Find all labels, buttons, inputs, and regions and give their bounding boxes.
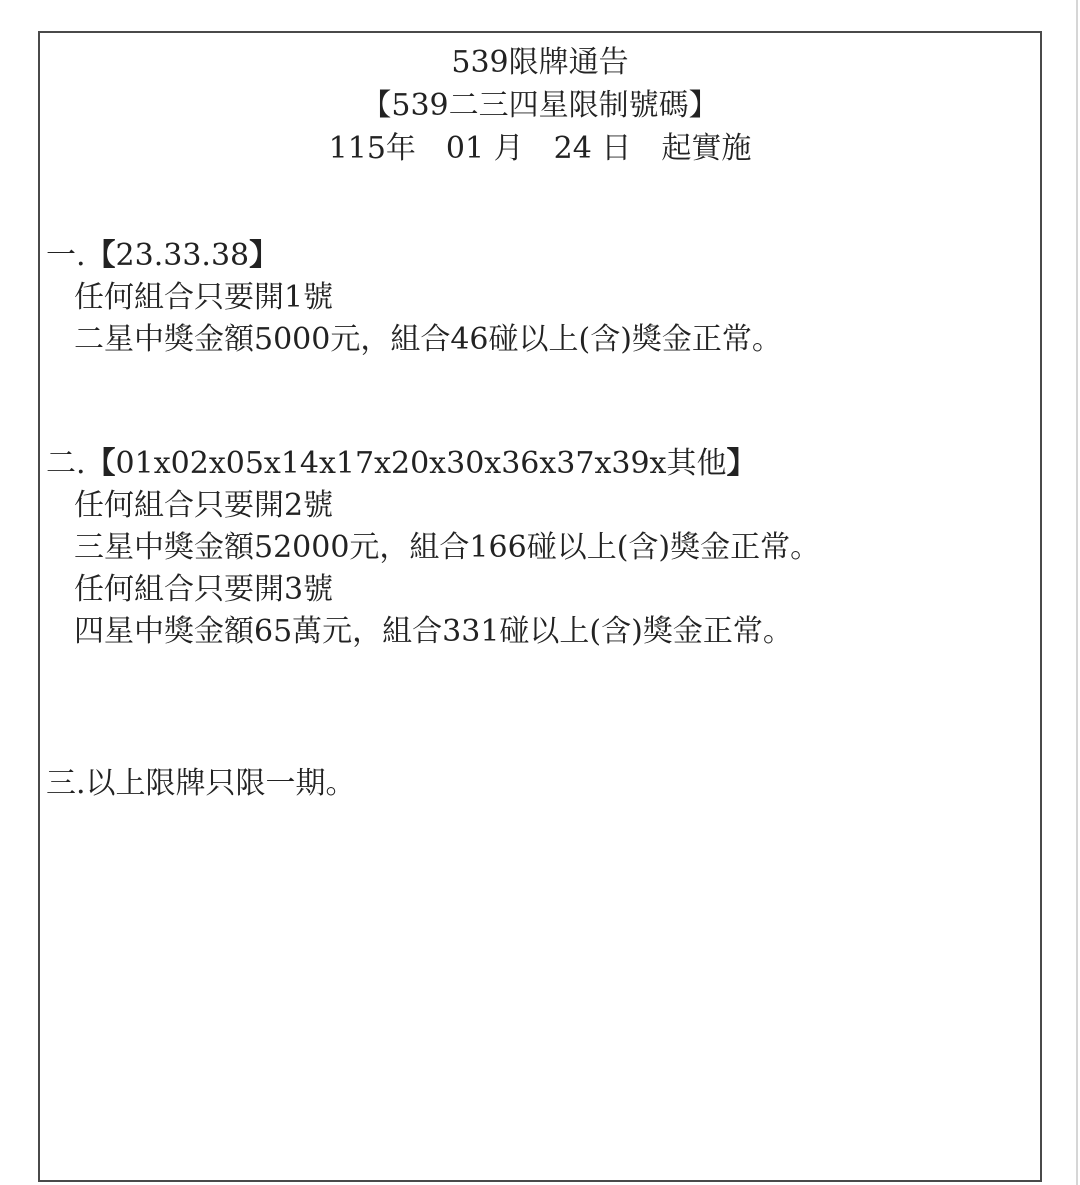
bracket-close: 】 bbox=[249, 238, 279, 273]
section-1-heading: 一.【23.33.38】 bbox=[46, 235, 1030, 277]
section-1: 一.【23.33.38】 任何組合只要開1號 二星中獎金額5000元，組合46碰… bbox=[46, 235, 1030, 361]
section-2-heading: 二.【01x02x05x14x17x20x30x36x37x39x其他】 bbox=[46, 443, 1030, 485]
section-1-payout-rule: 二星中獎金額5000元，組合46碰以上(含)獎金正常。 bbox=[46, 319, 1030, 361]
effective-date: 115年 01 月 24 日 起實施 bbox=[40, 127, 1040, 170]
section-2-payout-rule-3star: 三星中獎金額52000元，組合166碰以上(含)獎金正常。 bbox=[46, 527, 1030, 569]
section-1-numbers: 23.33.38 bbox=[116, 238, 250, 273]
bracket-open: 【 bbox=[86, 446, 116, 481]
section-2-condition-3: 任何組合只要開3號 bbox=[46, 569, 1030, 611]
notice-subtitle: 【539二三四星限制號碼】 bbox=[40, 84, 1040, 127]
page-edge-divider bbox=[1076, 0, 1078, 1185]
section-2: 二.【01x02x05x14x17x20x30x36x37x39x其他】 任何組… bbox=[46, 443, 1030, 653]
bracket-open: 【 bbox=[86, 238, 116, 273]
section-2-numbers: 01x02x05x14x17x20x30x36x37x39x其他 bbox=[116, 446, 727, 481]
section-1-prefix: 一. bbox=[46, 238, 86, 273]
section-2-payout-rule-4star: 四星中獎金額65萬元，組合331碰以上(含)獎金正常。 bbox=[46, 611, 1030, 653]
section-3-heading: 三.以上限牌只限一期。 bbox=[46, 763, 1030, 805]
section-3-text: 以上限牌只限一期。 bbox=[86, 766, 356, 801]
section-3-prefix: 三. bbox=[46, 766, 86, 801]
section-2-prefix: 二. bbox=[46, 446, 86, 481]
notice-document: 539限牌通告 【539二三四星限制號碼】 115年 01 月 24 日 起實施… bbox=[38, 31, 1042, 1182]
section-3: 三.以上限牌只限一期。 bbox=[46, 763, 1030, 805]
section-2-condition-2: 任何組合只要開2號 bbox=[46, 485, 1030, 527]
notice-title: 539限牌通告 bbox=[40, 41, 1040, 84]
bracket-close: 】 bbox=[726, 446, 756, 481]
notice-header: 539限牌通告 【539二三四星限制號碼】 115年 01 月 24 日 起實施 bbox=[40, 41, 1040, 170]
section-1-condition: 任何組合只要開1號 bbox=[46, 277, 1030, 319]
